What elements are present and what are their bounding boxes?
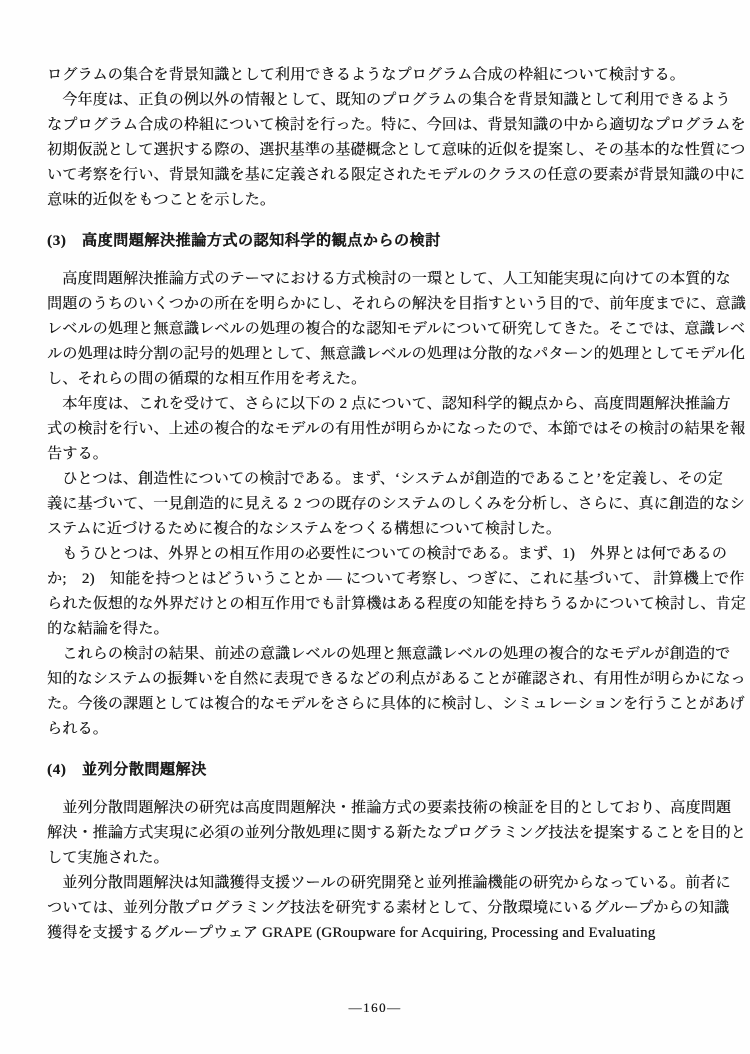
text-line: 問題のうちのいくつかの所在を明らかにし、それらの解決を目指すという目的で、前年度… — [47, 292, 709, 317]
text-line: られる。 — [47, 717, 709, 742]
section-heading: (4) 並列分散問題解決 — [47, 758, 709, 783]
text-line: 義に基づいて、一見創造的に見える 2 つの既存のシステムのしくみを分析し、さらに… — [47, 492, 709, 517]
text-line: 意味的近似をもつことを示した。 — [47, 188, 709, 213]
section-heading: (3) 高度問題解決推論方式の認知科学的観点からの検討 — [47, 229, 709, 254]
paragraph: 本年度は、これを受けて、さらに以下の 2 点について、認知科学的観点から、高度問… — [47, 392, 709, 467]
text-line: 告する。 — [47, 442, 709, 467]
text-line: 初期仮説として選択する際の、選択基準の基礎概念として意味的近似を提案し、その基本… — [47, 138, 709, 163]
text-line: ルの処理は時分割の記号的処理として、無意識レベルの処理は分散的なパターン的処理と… — [47, 342, 709, 367]
text-line: いて考察を行い、背景知識を基に定義される限定されたモデルのクラスの任意の要素が背… — [47, 163, 709, 188]
document-content: ログラムの集合を背景知識として利用できるようなプログラム合成の枠組について検討す… — [47, 63, 709, 946]
text-line: 並列分散問題解決は知識獲得支援ツールの研究開発と並列推論機能の研究からなっている… — [47, 871, 709, 896]
text-line: 的な結論を得た。 — [47, 617, 709, 642]
text-line: ステムに近づけるために複合的なシステムをつくる構想について検討した。 — [47, 517, 709, 542]
text-line: し、それらの間の循環的な相互作用を考えた。 — [47, 367, 709, 392]
paragraph: ログラムの集合を背景知識として利用できるようなプログラム合成の枠組について検討す… — [47, 63, 709, 213]
text-line: して実施された。 — [47, 846, 709, 871]
paragraph: もうひとつは、外界との相互作用の必要性についての検討である。まず、1) 外界とは… — [47, 542, 709, 642]
text-line: もうひとつは、外界との相互作用の必要性についての検討である。まず、1) 外界とは… — [47, 542, 709, 567]
text-line: 並列分散問題解決の研究は高度問題解決・推論方式の要素技術の検証を目的としており、… — [47, 796, 709, 821]
text-line: これらの検討の結果、前述の意識レベルの処理と無意識レベルの処理の複合的なモデルが… — [47, 642, 709, 667]
text-line: ログラムの集合を背景知識として利用できるようなプログラム合成の枠組について検討す… — [47, 63, 709, 88]
text-line: られた仮想的な外界だけとの相互作用でも計算機はある程度の知能を持ちうるかについて… — [47, 592, 709, 617]
text-line: 知的なシステムの振舞いを自然に表現できるなどの利点があることが確認され、有用性が… — [47, 667, 709, 692]
document-page: ログラムの集合を背景知識として利用できるようなプログラム合成の枠組について検討す… — [0, 0, 750, 1054]
text-line: 式の検討を行い、上述の複合的なモデルの有用性が明らかになったので、本節ではその検… — [47, 417, 709, 442]
text-line: (3) 高度問題解決推論方式の認知科学的観点からの検討 — [47, 229, 709, 254]
text-line: た。今後の課題としては複合的なモデルをさらに具体的に検討し、シミュレーションを行… — [47, 692, 709, 717]
text-line: 本年度は、これを受けて、さらに以下の 2 点について、認知科学的観点から、高度問… — [47, 392, 709, 417]
text-line: なプログラム合成の枠組について検討を行った。特に、今回は、背景知識の中から適切な… — [47, 113, 709, 138]
paragraph: 並列分散問題解決の研究は高度問題解決・推論方式の要素技術の検証を目的としており、… — [47, 796, 709, 871]
text-line: ひとつは、創造性についての検討である。まず、‘システムが創造的であること’を定義… — [47, 467, 709, 492]
text-line: 獲得を支援するグループウェア GRAPE (GRoupware for Acqu… — [47, 921, 709, 946]
page-number: —160— — [0, 998, 750, 1018]
paragraph: 高度問題解決推論方式のテーマにおける方式検討の一環として、人工知能実現に向けての… — [47, 267, 709, 392]
paragraph: これらの検討の結果、前述の意識レベルの処理と無意識レベルの処理の複合的なモデルが… — [47, 642, 709, 742]
text-line: (4) 並列分散問題解決 — [47, 758, 709, 783]
text-line: 今年度は、正負の例以外の情報として、既知のプログラムの集合を背景知識として利用で… — [47, 88, 709, 113]
text-line: 高度問題解決推論方式のテーマにおける方式検討の一環として、人工知能実現に向けての… — [47, 267, 709, 292]
text-line: ついては、並列分散プログラミング技法を研究する素材として、分散環境にいるグループ… — [47, 896, 709, 921]
text-line: レベルの処理と無意識レベルの処理の複合的な認知モデルについて研究してきた。そこで… — [47, 317, 709, 342]
text-line: 解決・推論方式実現に必須の並列分散処理に関する新たなプログラミング技法を提案する… — [47, 821, 709, 846]
paragraph: 並列分散問題解決は知識獲得支援ツールの研究開発と並列推論機能の研究からなっている… — [47, 871, 709, 946]
paragraph: ひとつは、創造性についての検討である。まず、‘システムが創造的であること’を定義… — [47, 467, 709, 542]
text-line: か; 2) 知能を持つとはどういうことか ― について考察し、つぎに、これに基づ… — [47, 567, 709, 592]
